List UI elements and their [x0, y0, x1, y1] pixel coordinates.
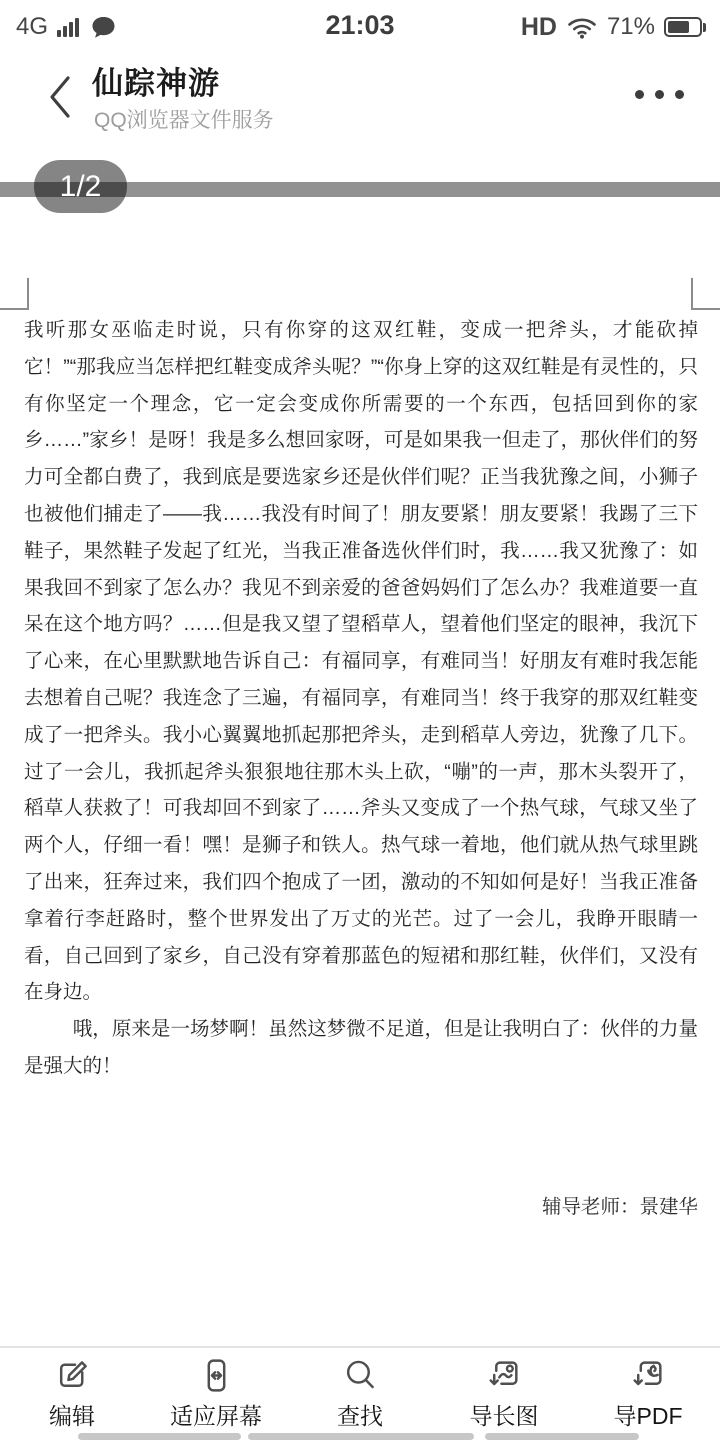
bottom-toolbar: 编辑 适应屏幕 查找 [0, 1346, 720, 1432]
toolbar-button-label: 适应屏幕 [170, 1398, 262, 1431]
dot-icon [675, 90, 684, 99]
export-long-image-icon [486, 1357, 523, 1394]
toolbar-button-label: 导PDF [614, 1398, 683, 1431]
toolbar-button-export-long-image[interactable]: 导长图 [432, 1348, 576, 1432]
edit-icon [54, 1357, 91, 1394]
page-title: 仙踪神游 [92, 58, 220, 103]
search-icon [342, 1357, 379, 1394]
more-options-button[interactable] [635, 90, 684, 99]
page-corner-mark-left [0, 278, 29, 310]
document-header: 仙踪神游 QQ浏览器文件服务 [0, 48, 720, 143]
document-paragraph: 哦，原来是一场梦啊！虽然这梦微不足道，但是让我明白了：伙伴的力量是强大的！ [24, 1011, 698, 1085]
dot-icon [635, 90, 644, 99]
app-screen: 4G 21:03 HD [0, 0, 720, 1440]
status-bar: 4G 21:03 HD [0, 0, 720, 48]
teacher-credit-line: 辅导老师：景建华 [24, 1189, 698, 1226]
page-subtitle: QQ浏览器文件服务 [94, 104, 274, 134]
toolbar-button-label: 导长图 [470, 1398, 539, 1431]
toolbar-button-label: 查找 [337, 1398, 383, 1431]
fit-screen-icon [198, 1357, 235, 1394]
toolbar-button-fit-screen[interactable]: 适应屏幕 [144, 1348, 288, 1432]
dot-icon [655, 90, 664, 99]
export-pdf-icon [630, 1357, 667, 1394]
toolbar-button-export-pdf[interactable]: 导PDF [576, 1348, 720, 1432]
toolbar-button-label: 编辑 [49, 1398, 95, 1431]
document-paragraph: 我听那女巫临走时说，只有你穿的这双红鞋，变成一把斧头，才能砍掉它！”“那我应当怎… [24, 312, 698, 1011]
back-button[interactable] [40, 70, 80, 124]
document-page[interactable]: 我听那女巫临走时说，只有你穿的这双红鞋，变成一把斧头，才能砍掉它！”“那我应当怎… [0, 312, 720, 1226]
page-indicator-badge[interactable]: 1/2 [34, 160, 127, 213]
toolbar-button-find[interactable]: 查找 [288, 1348, 432, 1432]
clock-label: 21:03 [0, 10, 720, 41]
toolbar-button-edit[interactable]: 编辑 [0, 1348, 144, 1432]
page-corner-mark-right [691, 278, 720, 310]
bottom-partial-bar [248, 1433, 474, 1440]
bottom-partial-bar [78, 1433, 241, 1440]
bottom-partial-bar [485, 1433, 639, 1440]
